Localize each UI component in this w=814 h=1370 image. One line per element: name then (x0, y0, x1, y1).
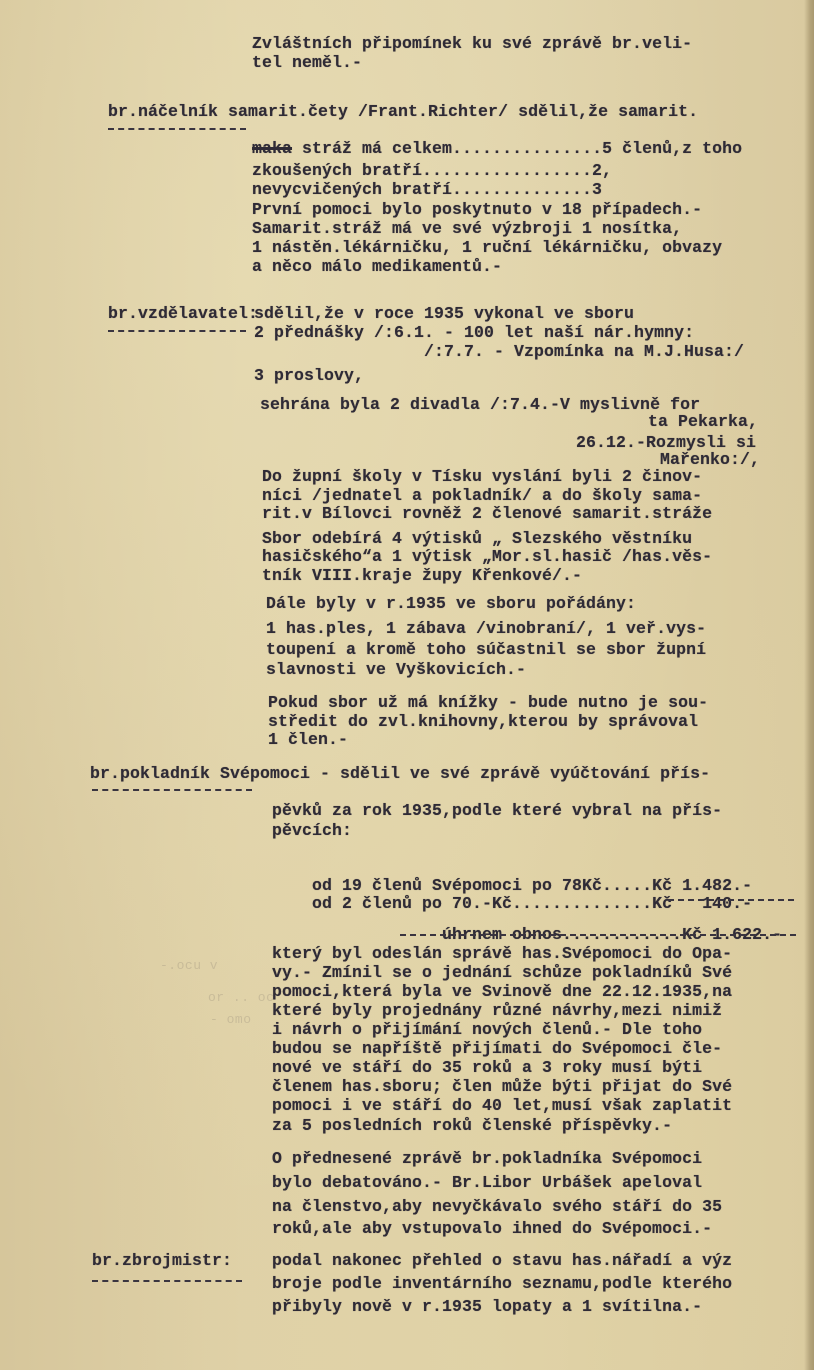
page-edge (804, 0, 814, 1370)
heading-underline (108, 128, 246, 130)
text-line: pěvků za rok 1935,podle které vybral na … (272, 802, 722, 820)
text-line: O přednesené zprávě br.pokladníka Svépom… (272, 1150, 702, 1168)
text-line: a něco málo medikamentů.- (252, 258, 502, 276)
text-line: podal nakonec přehled o stavu has.nářadí… (272, 1252, 732, 1270)
text-line: níci /jednatel a pokladník/ a do školy s… (262, 487, 702, 505)
text-line: který byl odeslán správě has.Svépomoci d… (272, 945, 732, 963)
text-line: nové ve stáří do 35 roků a 3 roky musí b… (272, 1059, 702, 1077)
text-line: členem has.sboru; člen může býti přijat … (272, 1078, 732, 1096)
text-line: bylo debatováno.- Br.Libor Urbášek apelo… (272, 1174, 702, 1192)
bleed-through-text: - omo (210, 1012, 252, 1027)
text-line: středit do zvl.knihovny,kterou by správo… (268, 713, 698, 731)
struck-word: maka (252, 139, 292, 158)
text-line: rit.v Bílovci rovněž 2 členové samarit.s… (262, 505, 712, 523)
text-line: za 5 posledních roků členské příspěvky.- (272, 1117, 672, 1135)
text-line: Sbor odebírá 4 výtisků „ Slezského věstn… (262, 530, 692, 548)
text-line: broje podle inventárního seznamu,podle k… (272, 1275, 732, 1293)
text-line: toupení a kromě toho súčastnil se sbor ž… (266, 641, 706, 659)
typewritten-page: -.ocu v or .. oc - omo Zvláštních připom… (0, 0, 814, 1370)
heading-underline (92, 1280, 242, 1282)
text-line: 1 has.ples, 1 zábava /vinobraní/, 1 veř.… (266, 620, 706, 638)
text-line: hasičského“a 1 výtisk „Mor.sl.hasič /has… (262, 548, 712, 566)
text-line: ta Pekarka, (648, 413, 758, 431)
text-line: Do župní školy v Tísku vyslání byli 2 či… (262, 468, 702, 486)
text-line: které byly projednány různé návrhy,mezi … (272, 1002, 722, 1020)
text-line: roků,ale aby vstupovalo ihned do Svépomo… (272, 1220, 712, 1238)
speaker-heading: br.vzdělavatel: (108, 305, 258, 323)
bleed-through-text: or .. oc (208, 990, 274, 1005)
text-line: pomoci,která byla ve Svinově dne 22.12.1… (272, 983, 732, 1001)
text-line: budou se napříště přijímati do Svépomoci… (272, 1040, 722, 1058)
text-line: tník VIII.kraje župy Křenkové/.- (262, 567, 582, 585)
text-line: i návrh o přijímání nových členů.- Dle t… (272, 1021, 702, 1039)
text-line: První pomoci bylo poskytnuto v 18 případ… (252, 201, 702, 219)
text-line: Dále byly v r.1935 ve sboru pořádány: (266, 595, 636, 613)
text-line: Pokud sbor už má knížky - bude nutno je … (268, 694, 708, 712)
text-line: Zvláštních připomínek ku své zprávě br.v… (252, 35, 692, 53)
text-line: nevycvičených bratří..............3 (252, 181, 602, 199)
text-line: na členstvo,aby nevyčkávalo svého stáří … (272, 1198, 722, 1216)
text-line: 1 člen.- (268, 731, 348, 749)
text-line: pomoci i ve stáří do 40 let,musí však za… (272, 1097, 732, 1115)
bleed-through-text: -.ocu v (160, 958, 218, 973)
sum-rule (668, 899, 794, 901)
text-line: slavnosti ve Vyškovicích.- (266, 661, 526, 679)
text-line: zkoušených bratří.................2, (252, 162, 612, 180)
heading-underline (108, 330, 246, 332)
text-line: maka stráž má celkem...............5 čle… (252, 140, 742, 158)
text-line: 2 přednášky /:6.1. - 100 let naší nár.hy… (254, 324, 694, 342)
text-line: vy.- Zmínil se o jednání schůze pokladní… (272, 964, 732, 982)
total-underline (400, 934, 796, 936)
text-line: 1 nástěn.lékárničku, 1 ruční lékárničku,… (252, 239, 722, 257)
text-line: sehrána byla 2 divadla /:7.4.-V myslivně… (260, 396, 700, 414)
text-line: pěvcích: (272, 822, 352, 840)
text-line: přibyly nově v r.1935 lopaty a 1 svítiln… (272, 1298, 702, 1316)
text-line: Samarit.stráž má ve své výzbroji 1 nosít… (252, 220, 682, 238)
speaker-heading: br.náčelník samarit.čety /Frant.Richter/… (108, 103, 698, 121)
speaker-heading: br.zbrojmistr: (92, 1252, 232, 1270)
text-line: /:7.7. - Vzpomínka na M.J.Husa:/ (424, 343, 744, 361)
heading-underline (92, 789, 252, 791)
text-line: tel neměl.- (252, 54, 362, 72)
speaker-heading: br.pokladník Svépomoci - sdělil ve své z… (90, 765, 710, 783)
text-line: sdělil,že v roce 1935 vykonal ve sboru (254, 305, 634, 323)
text-line: 3 proslovy, (254, 367, 364, 385)
